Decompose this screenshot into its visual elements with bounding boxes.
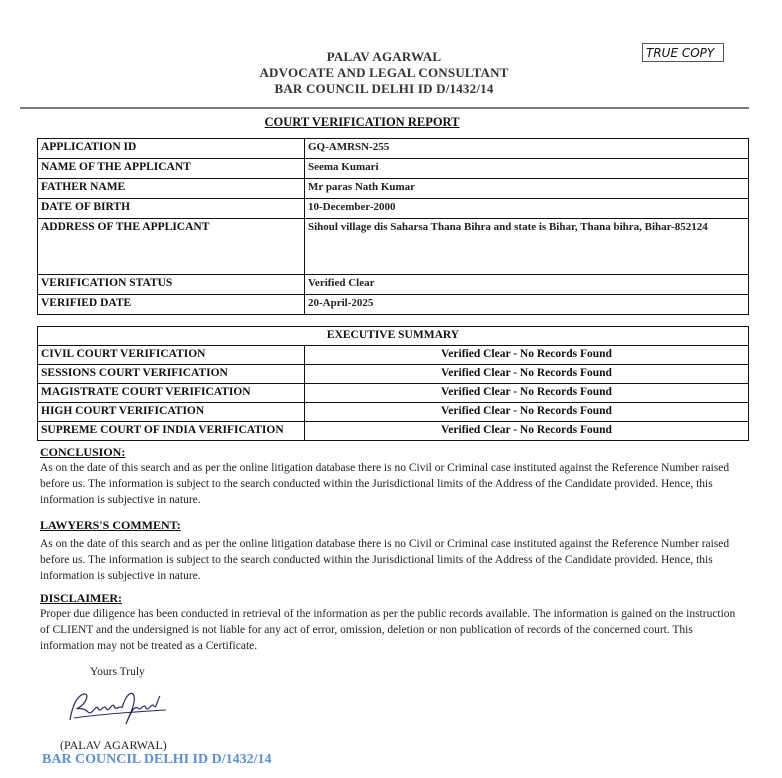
applicant-details-table: APPLICATION IDGQ-AMRSN-255 NAME OF THE A… xyxy=(37,138,749,315)
dob-value: 10-December-2000 xyxy=(305,199,749,219)
summary-heading-row: EXECUTIVE SUMMARY xyxy=(38,327,749,346)
table-row: CIVIL COURT VERIFICATIONVerified Clear -… xyxy=(38,346,749,365)
table-row: VERIFIED DATE20-April-2025 xyxy=(38,295,749,315)
signatory-name: (PALAV AGARWAL) xyxy=(60,738,167,753)
executive-summary-table: EXECUTIVE SUMMARY CIVIL COURT VERIFICATI… xyxy=(37,326,749,441)
header-divider xyxy=(20,107,749,109)
applicant-name-value: Seema Kumari xyxy=(305,159,749,179)
advocate-name: PALAV AGARWAL xyxy=(214,49,554,65)
court-result: Verified Clear - No Records Found xyxy=(305,346,749,365)
court-result: Verified Clear - No Records Found xyxy=(305,403,749,422)
detail-label: VERIFIED DATE xyxy=(38,295,305,315)
conclusion-body: As on the date of this search and as per… xyxy=(40,460,740,508)
detail-label: FATHER NAME xyxy=(38,179,305,199)
table-row: SESSIONS COURT VERIFICATIONVerified Clea… xyxy=(38,365,749,384)
court-result: Verified Clear - No Records Found xyxy=(305,384,749,403)
table-row: MAGISTRATE COURT VERIFICATIONVerified Cl… xyxy=(38,384,749,403)
application-id-value: GQ-AMRSN-255 xyxy=(305,139,749,159)
father-name-value: Mr paras Nath Kumar xyxy=(305,179,749,199)
court-result: Verified Clear - No Records Found xyxy=(305,422,749,441)
table-row: ADDRESS OF THE APPLICANTSihoul village d… xyxy=(38,219,749,275)
summary-heading: EXECUTIVE SUMMARY xyxy=(38,327,749,346)
detail-label: VERIFICATION STATUS xyxy=(38,275,305,295)
detail-label: APPLICATION ID xyxy=(38,139,305,159)
detail-label: DATE OF BIRTH xyxy=(38,199,305,219)
table-row: SUPREME COURT OF INDIA VERIFICATIONVerif… xyxy=(38,422,749,441)
report-title: COURT VERIFICATION REPORT xyxy=(0,115,724,130)
conclusion-title: CONCLUSION: xyxy=(40,445,125,460)
address-value: Sihoul village dis Saharsa Thana Bihra a… xyxy=(305,219,749,275)
table-row: DATE OF BIRTH10-December-2000 xyxy=(38,199,749,219)
court-label: CIVIL COURT VERIFICATION xyxy=(38,346,305,365)
advocate-bar-id: BAR COUNCIL DELHI ID D/1432/14 xyxy=(214,81,554,97)
table-row: APPLICATION IDGQ-AMRSN-255 xyxy=(38,139,749,159)
table-row: HIGH COURT VERIFICATIONVerified Clear - … xyxy=(38,403,749,422)
detail-label: ADDRESS OF THE APPLICANT xyxy=(38,219,305,275)
court-label: SESSIONS COURT VERIFICATION xyxy=(38,365,305,384)
signature-icon xyxy=(62,688,172,728)
table-row: FATHER NAMEMr paras Nath Kumar xyxy=(38,179,749,199)
table-row: NAME OF THE APPLICANTSeema Kumari xyxy=(38,159,749,179)
court-label: MAGISTRATE COURT VERIFICATION xyxy=(38,384,305,403)
lawyers-comment-title: LAWYERS'S COMMENT: xyxy=(40,518,181,533)
court-label: HIGH COURT VERIFICATION xyxy=(38,403,305,422)
court-result: Verified Clear - No Records Found xyxy=(305,365,749,384)
disclaimer-body: Proper due diligence has been conducted … xyxy=(40,606,740,654)
closing-text: Yours Truly xyxy=(90,666,145,678)
verification-status-value: Verified Clear xyxy=(305,275,749,295)
detail-label: NAME OF THE APPLICANT xyxy=(38,159,305,179)
table-row: VERIFICATION STATUSVerified Clear xyxy=(38,275,749,295)
lawyers-comment-body: As on the date of this search and as per… xyxy=(40,536,740,584)
disclaimer-title: DISCLAIMER: xyxy=(40,591,122,606)
court-label: SUPREME COURT OF INDIA VERIFICATION xyxy=(38,422,305,441)
advocate-title: ADVOCATE AND LEGAL CONSULTANT xyxy=(214,65,554,81)
true-copy-stamp: TRUE COPY xyxy=(642,43,724,62)
verified-date-value: 20-April-2025 xyxy=(305,295,749,315)
footer-bar-id: BAR COUNCIL DELHI ID D/1432/14 xyxy=(42,752,271,768)
